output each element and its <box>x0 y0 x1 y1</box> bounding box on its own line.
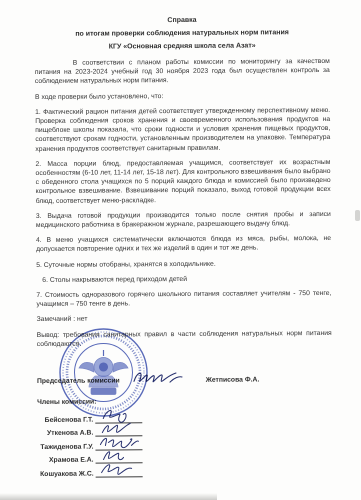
finding-item-1: 1. Фактический рацион питания детей соот… <box>35 106 330 154</box>
chairman-label: Председатель комиссии <box>37 378 120 386</box>
findings-heading: В ходе проверки было установлено, что: <box>35 91 330 102</box>
scanned-document-page: Справка по итогам проверки соблюдения на… <box>0 0 361 500</box>
finding-item-3: 3. Выдача готовой продукции производится… <box>36 210 331 230</box>
finding-item-7: 7. Стоимость одноразового горячего школь… <box>36 289 331 309</box>
member-name: Тажиденова Г.У. <box>37 443 95 450</box>
chairman-signature-icon <box>130 368 184 386</box>
member-row: Кошуакова Ж.С. <box>38 462 333 478</box>
finding-item-5: 5. Суточные нормы отобраны, хранятся в х… <box>36 259 331 270</box>
document-title: Справка <box>34 15 329 26</box>
chairman-row: Председатель комиссии Жетписова Ф.А. <box>37 367 332 385</box>
intro-paragraph: В соответствии с планом работы комиссии … <box>35 57 330 87</box>
chairman-name: Жетписова Ф.А. <box>206 377 260 384</box>
member-name: Кошуакова Ж.С. <box>38 470 96 477</box>
member-signature-icon <box>98 460 140 477</box>
member-name: Уткенова А.В. <box>37 430 95 437</box>
conclusion-line: Вывод: требования санитарных правил в ча… <box>37 329 332 349</box>
document-subtitle: по итогам проверки соблюдения натуральны… <box>35 28 330 39</box>
finding-item-2: 2. Масса порции блюд, предоставляемая уч… <box>35 158 330 206</box>
document-content: Справка по итогам проверки соблюдения на… <box>0 0 361 478</box>
document-organization: КГУ «Основная средняя школа села Азат» <box>35 41 330 52</box>
finding-item-6: 6. Столы накрываются перед приходом дете… <box>36 274 331 285</box>
signature-line <box>96 467 143 477</box>
remarks-line: Замечаний : нет <box>37 313 332 324</box>
member-name: Храмова Е.А. <box>38 457 96 464</box>
signature-block: Председатель комиссии Жетписова Ф.А. Чле… <box>37 367 333 478</box>
member-name: Бейсенова Г.Т. <box>37 416 95 423</box>
finding-item-4: 4. В меню учащихся систематически включа… <box>36 234 331 254</box>
members-label: Члены комиссии: <box>37 397 332 406</box>
